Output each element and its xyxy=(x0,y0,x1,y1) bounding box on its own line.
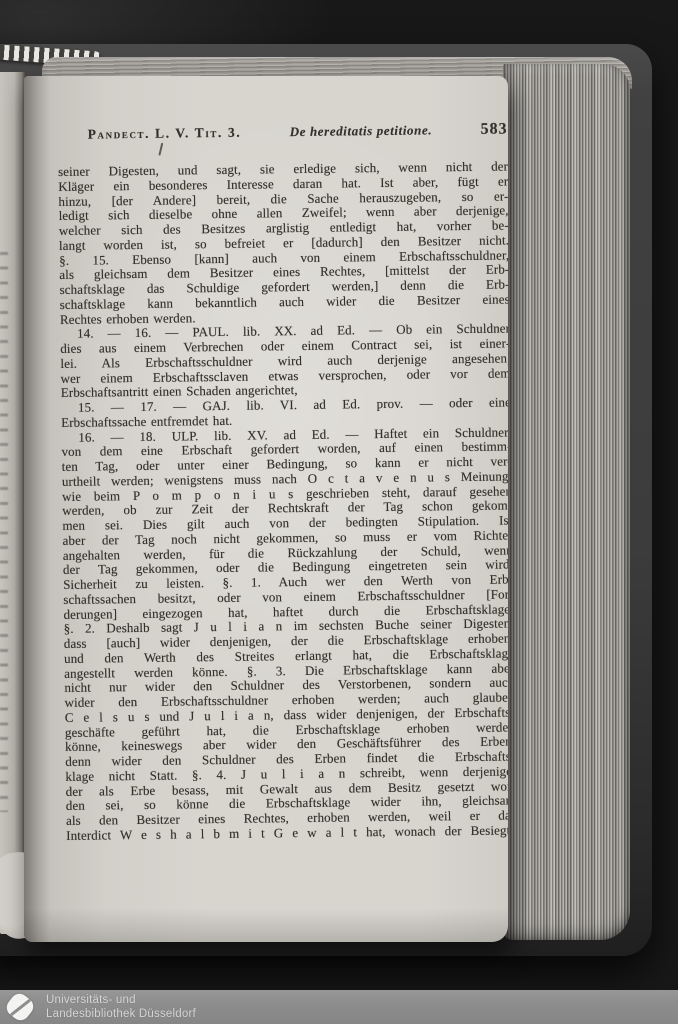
page-number: 583 xyxy=(481,120,508,138)
chapter-title: De hereditatis petitione. xyxy=(290,122,433,140)
running-title: Pandect. L. V. Tit. 3. xyxy=(88,125,242,143)
library-footer-bar: Universitäts- und Landesbibliothek Düsse… xyxy=(0,990,678,1024)
ink-mark xyxy=(158,143,163,156)
book-page: Pandect. L. V. Tit. 3. De hereditatis pe… xyxy=(24,76,508,942)
page-fore-edge-stack xyxy=(503,64,630,940)
library-name-line2: Landesbibliothek Düsseldorf xyxy=(46,1007,196,1021)
facing-page-sliver xyxy=(0,72,26,934)
library-name: Universitäts- und Landesbibliothek Düsse… xyxy=(46,993,196,1021)
book-photograph: Pandect. L. V. Tit. 3. De hereditatis pe… xyxy=(0,0,678,1024)
library-name-line1: Universitäts- und xyxy=(46,993,196,1007)
ulb-duesseldorf-logo-icon xyxy=(5,992,35,1022)
facing-page-cut-text xyxy=(0,252,8,812)
page-content: Pandect. L. V. Tit. 3. De hereditatis pe… xyxy=(24,76,508,942)
page-header: Pandect. L. V. Tit. 3. De hereditatis pe… xyxy=(58,120,508,143)
page-body: seiner Digesten, und sagt, sie erledige … xyxy=(58,159,508,843)
